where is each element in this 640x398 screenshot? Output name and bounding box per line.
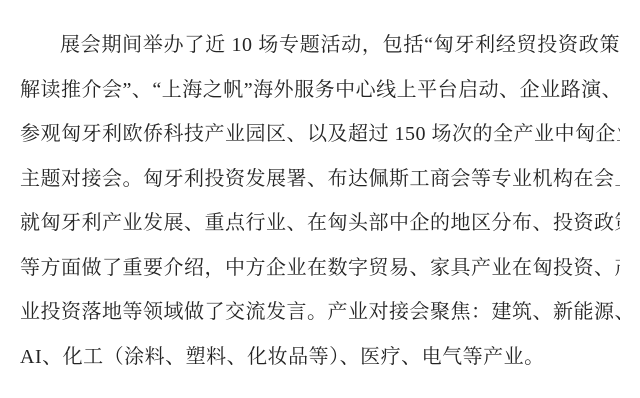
paragraph-line-3: 参观匈牙利欧侨科技产业园区、以及超过 150 场次的全产业中匈企业 — [20, 112, 620, 157]
document-page: 展会期间举办了近 10 场专题活动，包括“匈牙利经贸投资政策 解读推介会”、“上… — [0, 0, 640, 398]
paragraph-line-5: 就匈牙利产业发展、重点行业、在匈头部中企的地区分布、投资政策 — [20, 201, 620, 246]
paragraph-line-7: 业投资落地等领域做了交流发言。产业对接会聚焦：建筑、新能源、 — [20, 290, 620, 335]
paragraph-line-1: 展会期间举办了近 10 场专题活动，包括“匈牙利经贸投资政策 — [20, 23, 620, 68]
paragraph-line-2: 解读推介会”、“上海之帆”海外服务中心线上平台启动、企业路演、 — [20, 68, 620, 113]
paragraph-line-4: 主题对接会。匈牙利投资发展署、布达佩斯工商会等专业机构在会上 — [20, 157, 620, 202]
paragraph-line-6: 等方面做了重要介绍，中方企业在数字贸易、家具产业在匈投资、产 — [20, 246, 620, 291]
paragraph-line-8: AI、化工（涂料、塑料、化妆品等）、医疗、电气等产业。 — [20, 335, 620, 380]
